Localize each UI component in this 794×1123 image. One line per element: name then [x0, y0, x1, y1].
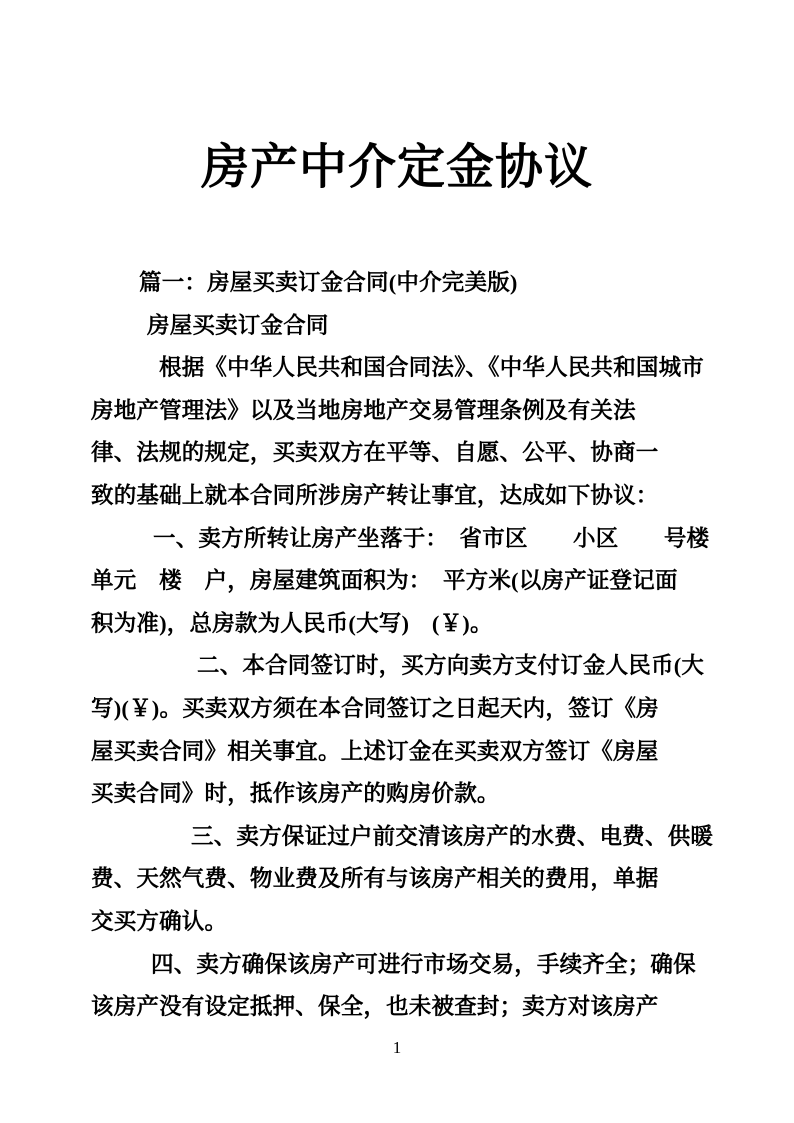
document-text-line: 写)(￥)。买卖双方须在本合同签订之日起天内，签订《房: [91, 688, 716, 731]
document-text-line: 律、法规的规定，买卖双方在平等、自愿、公平、协商一: [91, 432, 716, 475]
document-text-line: 单元 楼 户，房屋建筑面积为： 平方米(以房产证登记面: [91, 560, 716, 603]
document-title: 房产中介定金协议: [0, 136, 794, 200]
document-page: 房产中介定金协议 篇一：房屋买卖订金合同(中介完美版)房屋买卖订金合同根据《中华…: [0, 0, 794, 1123]
document-text-line: 买卖合同》时，抵作该房产的购房价款。: [91, 773, 716, 816]
document-text-line: 根据《中华人民共和国合同法》、《中华人民共和国城市: [91, 347, 716, 390]
page-number: 1: [0, 1036, 794, 1060]
document-text-line: 四、卖方确保该房产可进行市场交易，手续齐全；确保: [91, 944, 716, 987]
document-text-line: 一、卖方所转让房产坐落于： 省市区 小区 号楼: [91, 518, 716, 561]
document-text-line: 房屋买卖订金合同: [91, 305, 716, 348]
document-text-line: 交买方确认。: [91, 901, 716, 944]
document-text-line: 致的基础上就本合同所涉房产转让事宜，达成如下协议：: [91, 475, 716, 518]
document-text-line: 屋买卖合同》相关事宜。上述订金在买卖双方签订《房屋: [91, 731, 716, 774]
document-text-line: 该房产没有设定抵押、保全，也未被查封；卖方对该房产: [91, 986, 716, 1029]
document-text-line: 费、天然气费、物业费及所有与该房产相关的费用，单据: [91, 858, 716, 901]
document-body: 篇一：房屋买卖订金合同(中介完美版)房屋买卖订金合同根据《中华人民共和国合同法》…: [91, 262, 716, 1029]
document-text-line: 房地产管理法》以及当地房地产交易管理条例及有关法: [91, 390, 716, 433]
document-text-line: 篇一：房屋买卖订金合同(中介完美版): [91, 262, 716, 305]
document-text-line: 二、本合同签订时，买方向卖方支付订金人民币(大: [91, 645, 716, 688]
document-text-line: 三、卖方保证过户前交清该房产的水费、电费、供暖: [91, 816, 716, 859]
document-text-line: 积为准)，总房款为人民币(大写) (￥)。: [91, 603, 716, 646]
